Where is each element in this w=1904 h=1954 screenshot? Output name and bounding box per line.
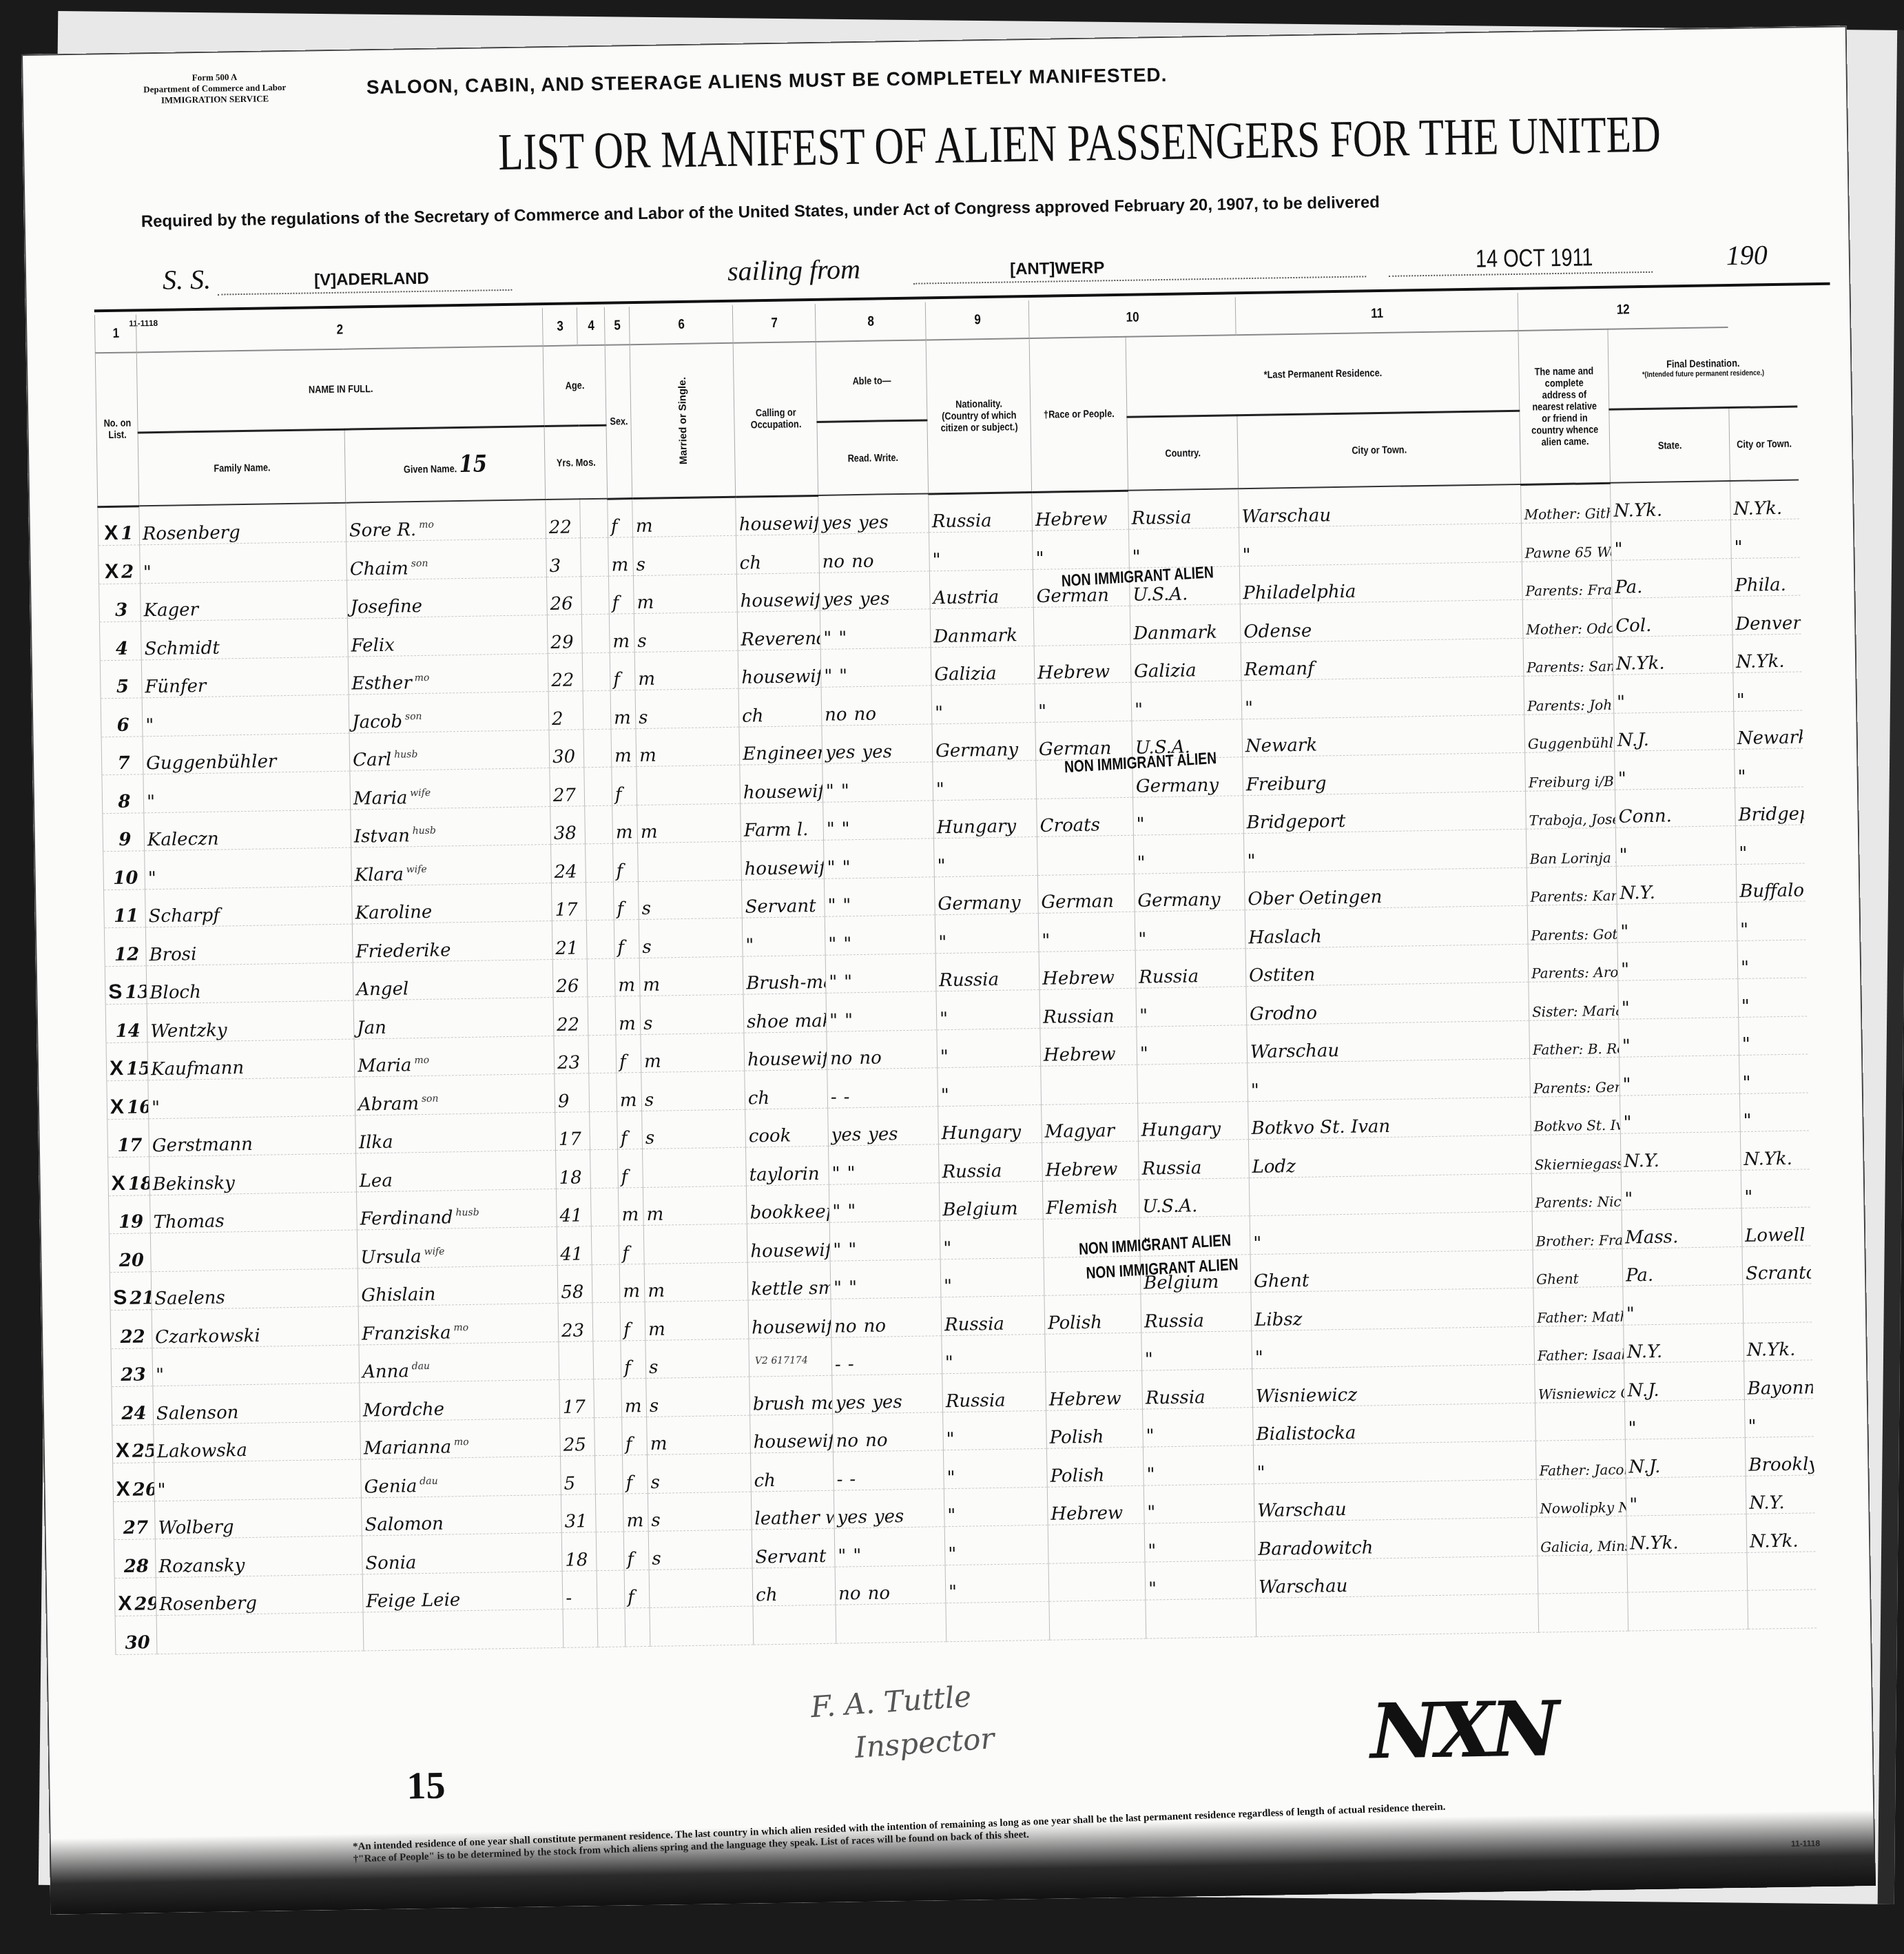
cell-residence-country: " [1145,1560,1256,1600]
cell-residence-country: " [1135,910,1245,950]
cell-row-number: 9 [103,812,145,851]
row-number-text: 6 [116,714,130,735]
cell-occupation: housewife [740,763,823,803]
cell-destination-city: Denver [1732,595,1801,635]
row-number-text: 7 [117,753,130,774]
cell-row-number: 17 [107,1118,149,1157]
cell-nationality: Austria [929,569,1033,609]
cell-nationality: Hungary [938,1104,1042,1144]
given-name-text: Salomon [364,1514,444,1536]
check-mark-icon [116,1210,116,1233]
cell-family-name: Gerstmann [149,1115,356,1157]
cell-residence-city: " [1239,523,1522,566]
inspector-name: F. A. Tuttle [809,1678,992,1724]
cell-row-number: 10 [103,851,145,889]
cell-age-months [580,499,608,538]
cell-given-name: Esthermo [348,653,548,695]
cell-residence-country: " [1133,795,1244,835]
row-number-text: 3 [115,600,128,621]
cell-nearest-relative: Parents: Joh. Georg [1524,675,1614,714]
cell-destination-state: " [1611,520,1731,560]
cell-race: Hebrew [1040,1027,1137,1067]
check-mark-icon [122,1630,123,1653]
given-name-text: Istvan [354,825,410,847]
cell-family-name: Rozansky [155,1536,362,1577]
cell-read-write: "" [823,800,934,840]
cell-given-name: Mariamo [354,1036,555,1077]
cell-nearest-relative: Sister: Maria Wentzky, Soborne gasse 36 … [1529,980,1619,1020]
ship-info: S. S. [V]ADERLAND sailing from [ANT]WERP… [163,233,1810,300]
cell-nationality: " [933,760,1037,800]
cell-nationality: " [940,1219,1044,1259]
cell-age: 17 [551,882,586,921]
cell-given-name: Jan [353,998,554,1039]
manifest-rows: X1RosenbergSore R.mo22fmhousewifeyesyesR… [98,480,1817,1655]
cell-marital-status: s [646,1377,750,1417]
cell-age-months [586,920,614,958]
cell-age-months [594,1417,623,1456]
read-value: yes [822,513,852,534]
ship-name-field: [V]ADERLAND [218,257,512,296]
cell-residence-city: Warschau [1239,484,1522,528]
given-name-text: Jan [357,1017,386,1038]
cell-residence-country: " [1141,1330,1252,1370]
cell-family-name: Saelens [151,1268,358,1310]
header-able-to: Able to— [824,340,919,422]
cell-age: 31 [561,1494,596,1532]
cell-marital-status: m [637,803,741,843]
row-number-text: 25 [132,1441,154,1462]
row-number-text: 18 [128,1173,150,1195]
cell-read-write: nono [835,1565,946,1605]
check-mark-icon: X [116,1477,130,1500]
cell-row-number: 11 [104,889,146,927]
relation-note: dau [420,1475,438,1486]
occupation-text: Engineer [743,743,822,765]
cell-family-name [156,1612,364,1654]
cell-marital-status [637,765,741,805]
cell-race [1033,606,1130,646]
cell-family-name: Rosenberg [156,1574,363,1615]
occupation-text: housewife [747,1049,827,1071]
cell-nationality [946,1601,1050,1641]
cell-nationality: Russia [938,1142,1042,1182]
check-mark-icon [121,1516,121,1539]
cell-family-name: Kaleczn [144,810,351,851]
write-value: - [843,1087,849,1107]
row-number-text: 12 [114,944,140,965]
given-name-text: Angel [356,978,408,1000]
cell-age: 26 [546,576,581,615]
cell-row-number: 23 [111,1348,153,1386]
given-name-text: Klara [354,864,404,885]
row-number-text: 29 [134,1594,156,1615]
cell-family-name: Bloch [146,963,353,1004]
cell-given-name: Ilka [355,1112,556,1153]
row-number-text: 30 [125,1632,150,1654]
cell-destination-state: N.J. [1614,711,1735,751]
cell-nationality: " [936,989,1040,1029]
cell-given-name: Felix [347,615,548,657]
row-number-text: 11 [114,905,139,927]
cell-age: 27 [550,768,585,806]
relation-note: son [422,1093,439,1104]
cell-marital-status: m [641,1033,745,1073]
cell-residence-country: " [1131,681,1242,721]
read-value: " [823,628,831,648]
cell-family-name: Kager [141,580,348,621]
cell-nationality: Galizia [931,646,1035,686]
occupation-text: housewife [739,513,819,535]
read-value: " [827,819,835,840]
cell-sex: m [623,1493,648,1532]
cell-read-write: "" [829,1182,940,1222]
cell-nationality: " [942,1334,1046,1374]
cell-age-months [590,1188,619,1226]
cell-race: German [1037,874,1135,914]
cell-nearest-relative: Skierniegasse 35 Lodz [1531,1133,1621,1173]
check-mark-icon: X [110,1095,125,1118]
cell-race: Polish [1046,1409,1144,1449]
cell-age: 2 [548,691,583,730]
given-name-text: Ilka [359,1132,393,1153]
header-final-destination: Final Destination. *(Intended future per… [1622,327,1783,409]
cell-destination-city: " [1735,748,1803,788]
cell-residence-country: U.S.A. [1139,1177,1250,1217]
relation-note: wife [406,863,427,874]
cell-occupation: ch [736,534,820,573]
header-race: †Race or People. [1037,337,1121,492]
cell-occupation: ch [750,1452,834,1491]
write-value: " [838,628,847,648]
given-name-text: Ghislain [361,1284,436,1306]
manifest-page: Form 500 A Department of Commerce and La… [21,25,1876,1914]
sailing-from-label: sailing from [727,253,861,287]
cell-row-number: 30 [115,1616,157,1654]
cell-row-number: 12 [104,927,146,966]
cell-nearest-relative: Galicia, Minsk / Grandmother: Githel Pfl… [1537,1516,1627,1556]
cell-age-months [582,652,610,691]
cell-occupation: housewife [741,840,825,879]
cell-family-name: Wentzky [147,1000,354,1042]
cell-age: 22 [546,499,581,538]
write-value: " [845,1010,853,1031]
write-value: " [843,934,851,954]
cell-residence-country: " [1133,834,1244,874]
cell-destination-state: Col. [1612,597,1732,637]
column-number: 4 [579,307,603,346]
cell-age-months [597,1608,625,1647]
relation-note: wife [410,787,431,798]
read-value: " [824,666,832,687]
cell-destination-city [1743,1284,1812,1323]
check-mark-icon [118,1363,118,1386]
cell-age-months [587,958,615,997]
date-field: 14 OCT 1911 [1389,239,1653,277]
row-number-text: 22 [120,1326,145,1348]
occupation-text: ch [742,706,764,726]
final-destination-note: *(Intended future permanent residence.) [1624,368,1782,379]
cell-read-write: "" [820,609,931,649]
cell-destination-city [1747,1551,1816,1590]
cell-residence-city: Libsz [1251,1288,1534,1330]
form-identifier: Form 500 A Department of Commerce and La… [125,71,304,107]
cell-nationality: Danmark [930,607,1034,647]
cell-occupation: housewife [750,1414,834,1453]
column-number: 12 [1533,289,1712,330]
occupation-text: housewife [753,1430,833,1452]
cell-given-name: Friederike [352,921,552,963]
cell-occupation: housewife3-161764 4/19/40 [748,1299,831,1338]
check-mark-icon [117,1325,118,1348]
cell-residence-country [1146,1598,1256,1638]
cell-sex: f [613,843,639,882]
row-number-text: 27 [123,1517,149,1539]
cell-given-name [363,1609,563,1650]
read-value: " [832,1202,840,1222]
cell-marital-status: s [647,1453,751,1493]
cell-age-months [588,1035,617,1073]
cell-age [559,1341,594,1379]
manifest-notice: SALOON, CABIN, AND STEERAGE ALIENS MUST … [366,64,1168,99]
cell-sex: f [621,1340,646,1379]
cell-family-name: Lakowska [154,1421,361,1463]
cell-destination-state: N.J. [1624,1361,1745,1401]
cell-residence-city: " [1250,1211,1533,1254]
cell-given-name: Chaimson [346,539,547,580]
cell-read-write: yesyes [818,493,929,534]
cell-family-name: Rosenberg [139,503,346,545]
cell-sex: f [624,1570,650,1608]
cell-sex: f [622,1417,648,1455]
write-value: no [859,1048,882,1069]
cell-age-months [581,537,609,576]
cell-given-name: Mordche [360,1379,560,1421]
cell-sex: m [618,1187,643,1226]
cell-row-number: 28 [114,1539,156,1578]
write-value: " [842,819,850,839]
relation-note: dau [412,1361,431,1372]
read-value: yes [822,589,853,610]
cell-marital-status: m [633,574,737,614]
row-number-text: 19 [118,1211,144,1233]
cell-race: Polish [1044,1294,1141,1334]
cell-destination-city: Buffalo [1736,863,1805,902]
cell-row-number: X25 [112,1424,154,1463]
cell-race [1045,1333,1142,1372]
cell-destination-city: N.Yk. [1740,1131,1809,1170]
row-number-text: 13 [125,982,147,1003]
cell-nearest-relative [1538,1554,1628,1594]
cell-read-write: "" [825,915,935,955]
header-country: Country. [1135,415,1230,491]
cell-destination-state: N.Y. [1616,864,1737,904]
cell-residence-city: Bridgeport [1243,791,1527,834]
relation-note: son [405,710,422,721]
write-value: no [863,1315,886,1337]
check-mark-icon [121,1554,122,1576]
cell-occupation: cook [745,1108,829,1147]
cell-sex: f [617,1111,643,1149]
given-name-text: Ursula [360,1246,422,1268]
cell-family-name: Schmidt [141,618,348,659]
cell-age-months [595,1494,623,1532]
header-city-town: City or Town. [1259,411,1500,488]
cell-occupation: housewife [736,495,819,535]
cell-age-months [590,1149,619,1188]
cell-occupation: shoe maker [743,993,827,1032]
given-name-text: Maria [353,788,408,809]
given-name-text: Esther [351,672,412,694]
cell-given-name: Geniadau [361,1456,561,1497]
cell-nearest-relative: Nowolipky No. 54 / Parents: Izak Rozansk… [1536,1478,1626,1518]
cell-residence-city: " [1253,1441,1536,1483]
row-number-text: 26 [132,1479,154,1501]
read-value: no [834,1316,857,1337]
relation-note: wife [424,1246,444,1257]
cell-destination-city: Brooklyn [1745,1437,1814,1476]
cell-occupation: ch [752,1567,836,1606]
relation-note: mo [419,520,434,531]
cell-marital-status: m [643,1186,747,1226]
cell-row-number: S21 [110,1271,152,1310]
cell-sex [625,1607,650,1646]
cell-age-months [593,1341,621,1379]
check-mark-icon [114,1133,115,1156]
cell-family-name: Scharpf [145,886,353,927]
cell-row-number: 6 [101,698,143,737]
occupation-text: ch [754,1470,776,1491]
cell-destination-city: " [1738,978,1807,1017]
cell-row-number: 7 [101,736,143,774]
cell-residence-country: Russia [1142,1369,1253,1409]
occupation-text: brush maker [753,1392,833,1415]
write-value: no [867,1583,890,1604]
cell-age: 25 [560,1417,595,1456]
column-number: 3 [545,307,575,346]
cell-row-number: X1 [98,506,140,545]
cell-destination-state: N.Yk. [1611,481,1731,522]
write-value: no [851,551,874,572]
cell-nearest-relative: Parents: Franz Durzer, Pössek Königstr. … [1522,560,1612,600]
write-value: " [842,895,851,916]
cell-nationality: " [944,1487,1048,1527]
cell-residence-city: Lodz [1248,1135,1531,1177]
cell-nearest-relative: Father: Isaak Salenson [1534,1325,1624,1365]
occupation-text: housewife [744,857,824,879]
cell-destination-state: N.Yk. [1613,635,1733,675]
cell-read-write: "" [826,991,937,1031]
cell-read-write: nono [819,533,930,573]
cell-nationality: Germany [934,875,1038,915]
cell-residence-city: Philadelphia [1239,562,1522,604]
cell-nationality: " [937,1028,1041,1068]
cell-residence-city [1249,1173,1532,1216]
cell-read-write: "" [820,647,931,687]
cell-occupation: V2 617174 [749,1337,832,1377]
cell-age-months [588,996,616,1035]
cell-read-write: "" [834,1527,945,1567]
write-value: yes [860,588,890,610]
row-number-text: 24 [121,1403,147,1424]
cell-occupation: Reverend [737,610,820,650]
given-name-text: Anna [362,1361,409,1382]
cell-nearest-relative [1535,1401,1625,1441]
read-value: no [822,551,845,573]
cell-row-number: 3 [99,583,141,621]
column-number: 2 [167,309,513,352]
occupation-text: ch [748,1088,770,1109]
write-value: no [865,1430,888,1451]
cell-read-write: yesyes [828,1106,939,1146]
cell-race [1037,835,1134,875]
cell-nationality: " [929,531,1033,571]
cell-row-number: 19 [108,1195,150,1233]
cell-destination-city: " [1739,1054,1808,1093]
cell-destination-state: Mass. [1622,1208,1742,1248]
cell-row-number: S13 [105,965,147,1004]
cell-race: " [1038,912,1135,952]
check-mark-icon: S [108,980,123,1003]
cell-row-number: 20 [109,1233,151,1272]
cell-age-months [596,1532,624,1570]
write-value: " [839,666,847,686]
cell-marital-status: s [648,1530,752,1570]
cell-sex: m [619,1264,645,1302]
cell-nearest-relative: Wisniewicz Gov. Suwalk / Mother: Isabell… [1535,1363,1625,1403]
cell-destination-city: Bridgeport [1735,786,1803,825]
passenger-manifest-table: 1 2 3 4 5 6 7 8 9 10 11 12 No. on List. … [94,289,1817,1655]
annotation-note: V2 617174 [755,1355,808,1366]
write-value: yes [874,1506,904,1528]
check-mark-icon: X [110,1057,124,1080]
read-value: no [836,1430,858,1452]
cell-nearest-relative: Ghent [1533,1248,1623,1288]
occupation-text: cook [749,1126,791,1147]
cell-destination-state: " [1617,940,1738,980]
row-number-text: 21 [130,1288,152,1309]
read-value: yes [837,1507,867,1528]
cell-age: 41 [556,1188,591,1226]
cell-family-name [150,1230,358,1271]
check-mark-icon [112,943,112,965]
cell-residence-country: " [1143,1407,1254,1447]
cell-residence-country: " [1136,987,1247,1027]
cell-given-name: Ursulawife [357,1226,557,1268]
cell-row-number: 4 [99,621,141,660]
cell-age: 17 [559,1379,594,1418]
cell-given-name: Carlhusb [349,730,550,771]
cell-destination-state: " [1618,979,1739,1019]
cell-read-write: yesyes [819,570,930,610]
cell-race: Russian [1039,988,1137,1028]
cell-marital-status: s [639,918,743,958]
cell-residence-city: Newark [1242,714,1525,757]
cell-row-number: 8 [102,774,144,813]
ship-name: [V]ADERLAND [218,268,512,291]
cell-residence-country: " [1137,1025,1248,1065]
cell-destination-city: N.Y. [1746,1474,1814,1514]
cell-occupation: kettle smith [747,1261,831,1300]
cell-occupation: ch [738,687,822,726]
cell-sex: f [616,1034,641,1073]
check-mark-icon: X [118,1592,132,1615]
relation-note: mo [414,672,429,683]
cell-given-name: Mariannamo [360,1418,561,1459]
cell-age-months [592,1302,621,1341]
header-married-single: Married or Single. [630,343,735,498]
cell-destination-city: " [1735,825,1804,864]
